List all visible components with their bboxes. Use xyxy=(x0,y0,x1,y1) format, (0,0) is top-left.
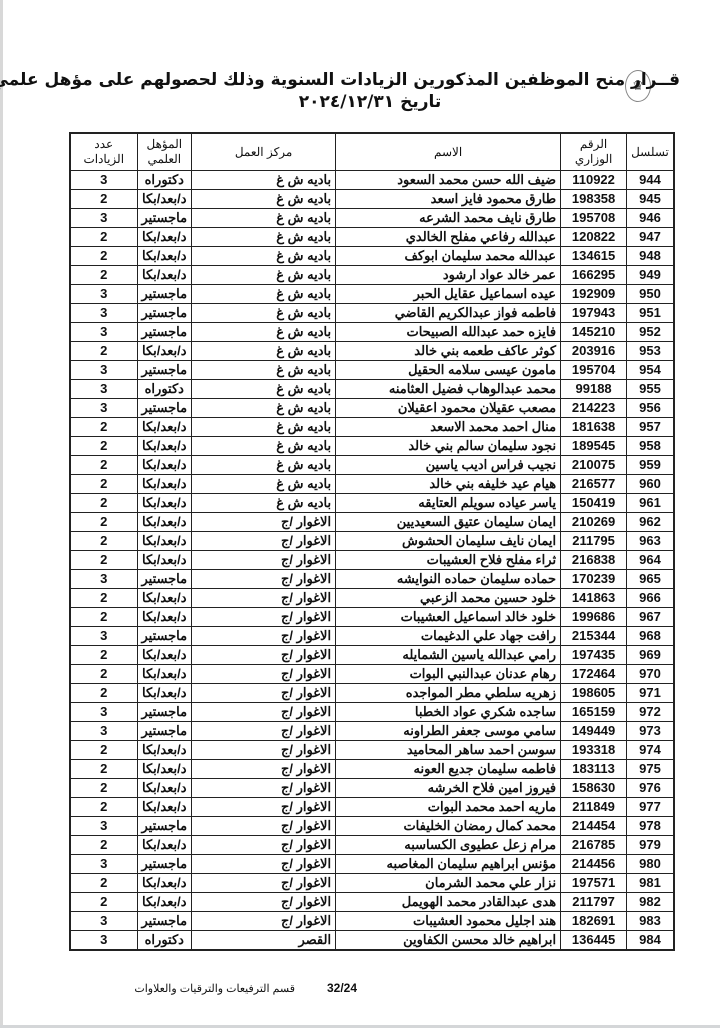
cell-qual: د/بعد/بكا xyxy=(137,418,192,437)
cell-seq: 960 xyxy=(627,475,674,494)
cell-seq: 967 xyxy=(627,608,674,627)
cell-center: الاغوار /ج xyxy=(192,779,336,798)
cell-count: 2 xyxy=(70,741,137,760)
table-row: 977211849ماريه احمد محمد البواتالاغوار /… xyxy=(70,798,674,817)
table-row: 950192909عيده اسماعيل عقايل الحبرباديه ش… xyxy=(70,285,674,304)
table-row: 972165159ساجده شكري عواد الخطباالاغوار /… xyxy=(70,703,674,722)
cell-seq: 961 xyxy=(627,494,674,513)
cell-seq: 981 xyxy=(627,874,674,893)
cell-center: الاغوار /ج xyxy=(192,798,336,817)
cell-center: الاغوار /ج xyxy=(192,741,336,760)
cell-seq: 969 xyxy=(627,646,674,665)
cell-name: ضيف الله حسن محمد السعود xyxy=(336,171,561,190)
cell-name: ابراهيم خالد محسن الكفاوين xyxy=(336,931,561,951)
cell-id: 197571 xyxy=(561,874,627,893)
table-row: 983182691هند اجليل محمود العشيباتالاغوار… xyxy=(70,912,674,931)
cell-qual: د/بعد/بكا xyxy=(137,551,192,570)
cell-qual: د/بعد/بكا xyxy=(137,798,192,817)
cell-id: 134615 xyxy=(561,247,627,266)
cell-id: 193318 xyxy=(561,741,627,760)
cell-center: الاغوار /ج xyxy=(192,551,336,570)
table-row: 962210269ايمان سليمان عتيق السعيديينالاغ… xyxy=(70,513,674,532)
cell-name: ساجده شكري عواد الخطبا xyxy=(336,703,561,722)
cell-count: 2 xyxy=(70,893,137,912)
cell-qual: ماجستير xyxy=(137,703,192,722)
table-row: 960216577هيام عيد خليفه بني خالدباديه ش … xyxy=(70,475,674,494)
cell-qual: ماجستير xyxy=(137,285,192,304)
table-row: 973149449سامي موسى جعفر الطراونهالاغوار … xyxy=(70,722,674,741)
cell-seq: 983 xyxy=(627,912,674,931)
cell-center: باديه ش غ xyxy=(192,190,336,209)
table-row: 961150419ياسر عياده سويلم العتايقهباديه … xyxy=(70,494,674,513)
cell-id: 99188 xyxy=(561,380,627,399)
cell-name: فاطمه فواز عبدالكريم القاضي xyxy=(336,304,561,323)
cell-qual: د/بعد/بكا xyxy=(137,589,192,608)
cell-id: 182691 xyxy=(561,912,627,931)
table-row: 95599188محمد عبدالوهاب فضيل العثامنهبادي… xyxy=(70,380,674,399)
cell-name: نجود سليمان سالم بني خالد xyxy=(336,437,561,456)
cell-seq: 948 xyxy=(627,247,674,266)
cell-center: باديه ش غ xyxy=(192,304,336,323)
cell-name: فايزه حمد عبدالله الصبيحات xyxy=(336,323,561,342)
cell-count: 2 xyxy=(70,608,137,627)
cell-id: 214454 xyxy=(561,817,627,836)
cell-name: رامي عبدالله ياسين الشمايله xyxy=(336,646,561,665)
cell-count: 3 xyxy=(70,627,137,646)
cell-id: 158630 xyxy=(561,779,627,798)
table-row: 976158630فيروز امين فلاح الخرشهالاغوار /… xyxy=(70,779,674,798)
cell-qual: ماجستير xyxy=(137,323,192,342)
cell-name: رافت جهاد علي الدغيمات xyxy=(336,627,561,646)
cell-id: 136445 xyxy=(561,931,627,951)
cell-qual: دكتوراه xyxy=(137,380,192,399)
cell-qual: ماجستير xyxy=(137,209,192,228)
cell-qual: ماجستير xyxy=(137,361,192,380)
cell-count: 2 xyxy=(70,532,137,551)
cell-qual: ماجستير xyxy=(137,304,192,323)
cell-name: هدى عبدالقادر محمد الهويمل xyxy=(336,893,561,912)
cell-qual: دكتوراه xyxy=(137,931,192,951)
table-row: 980214456مؤنس ابراهيم سليمان المغاصبهالا… xyxy=(70,855,674,874)
cell-center: باديه ش غ xyxy=(192,475,336,494)
decision-date: تاريخ ٢٠٢٤/١٢/٣١ xyxy=(60,92,680,112)
cell-name: نزار علي محمد الشرمان xyxy=(336,874,561,893)
cell-seq: 944 xyxy=(627,171,674,190)
cell-id: 198605 xyxy=(561,684,627,703)
cell-name: مرام زعل عطيوى الكساسبه xyxy=(336,836,561,855)
cell-name: هيام عيد خليفه بني خالد xyxy=(336,475,561,494)
cell-center: الاغوار /ج xyxy=(192,646,336,665)
cell-seq: 947 xyxy=(627,228,674,247)
cell-count: 3 xyxy=(70,703,137,722)
cell-id: 216838 xyxy=(561,551,627,570)
cell-seq: 965 xyxy=(627,570,674,589)
cell-seq: 972 xyxy=(627,703,674,722)
cell-count: 2 xyxy=(70,589,137,608)
cell-name: كوثر عاكف طعمه بني خالد xyxy=(336,342,561,361)
cell-qual: د/بعد/بكا xyxy=(137,741,192,760)
cell-seq: 958 xyxy=(627,437,674,456)
cell-center: باديه ش غ xyxy=(192,266,336,285)
cell-seq: 977 xyxy=(627,798,674,817)
table-row: 971198605زهريه سلطي مطر المواجدهالاغوار … xyxy=(70,684,674,703)
cell-id: 189545 xyxy=(561,437,627,456)
cell-name: خلود خالد اسماعيل العشيبات xyxy=(336,608,561,627)
cell-name: فاطمه سليمان جديع العونه xyxy=(336,760,561,779)
cell-id: 214456 xyxy=(561,855,627,874)
cell-center: باديه ش غ xyxy=(192,380,336,399)
cell-name: زهريه سلطي مطر المواجده xyxy=(336,684,561,703)
table-row: 945198358طارق محمود فايز اسعدباديه ش غد/… xyxy=(70,190,674,209)
cell-id: 197435 xyxy=(561,646,627,665)
cell-count: 2 xyxy=(70,551,137,570)
cell-qual: د/بعد/بكا xyxy=(137,437,192,456)
cell-id: 215344 xyxy=(561,627,627,646)
cell-seq: 980 xyxy=(627,855,674,874)
table-row: 952145210فايزه حمد عبدالله الصبيحاتباديه… xyxy=(70,323,674,342)
cell-center: باديه ش غ xyxy=(192,342,336,361)
cell-center: باديه ش غ xyxy=(192,399,336,418)
cell-id: 214223 xyxy=(561,399,627,418)
cell-count: 3 xyxy=(70,171,137,190)
cell-seq: 959 xyxy=(627,456,674,475)
cell-qual: د/بعد/بكا xyxy=(137,475,192,494)
cell-qual: ماجستير xyxy=(137,570,192,589)
cell-id: 183113 xyxy=(561,760,627,779)
cell-center: الاغوار /ج xyxy=(192,836,336,855)
cell-name: عبدالله رفاعي مفلح الخالدي xyxy=(336,228,561,247)
cell-center: الاغوار /ج xyxy=(192,722,336,741)
cell-name: فيروز امين فلاح الخرشه xyxy=(336,779,561,798)
cell-seq: 978 xyxy=(627,817,674,836)
table-row: 968215344رافت جهاد علي الدغيماتالاغوار /… xyxy=(70,627,674,646)
cell-qual: د/بعد/بكا xyxy=(137,836,192,855)
column-header-seq: تسلسل xyxy=(627,133,674,171)
cell-count: 2 xyxy=(70,684,137,703)
cell-count: 2 xyxy=(70,266,137,285)
table-row: 982211797هدى عبدالقادر محمد الهويملالاغو… xyxy=(70,893,674,912)
table-row: 944110922ضيف الله حسن محمد السعودباديه ش… xyxy=(70,171,674,190)
cell-qual: د/بعد/بكا xyxy=(137,779,192,798)
table-row: 966141863خلود حسين محمد الزعبيالاغوار /ج… xyxy=(70,589,674,608)
cell-center: الاغوار /ج xyxy=(192,627,336,646)
cell-center: باديه ش غ xyxy=(192,418,336,437)
cell-qual: ماجستير xyxy=(137,722,192,741)
cell-qual: ماجستير xyxy=(137,855,192,874)
cell-id: 141863 xyxy=(561,589,627,608)
cell-name: ثراء مفلح فلاح العشيبات xyxy=(336,551,561,570)
cell-id: 198358 xyxy=(561,190,627,209)
footer-department: قسم الترفيعات والترقيات والعلاوات xyxy=(95,982,295,995)
cell-center: الاغوار /ج xyxy=(192,589,336,608)
cell-center: باديه ش غ xyxy=(192,494,336,513)
cell-center: الاغوار /ج xyxy=(192,703,336,722)
column-header-id: الرقم الوزاري xyxy=(561,133,627,171)
table-row: 967199686خلود خالد اسماعيل العشيباتالاغو… xyxy=(70,608,674,627)
cell-seq: 975 xyxy=(627,760,674,779)
cell-qual: د/بعد/بكا xyxy=(137,266,192,285)
cell-qual: د/بعد/بكا xyxy=(137,665,192,684)
table-row: 951197943فاطمه فواز عبدالكريم القاضيبادي… xyxy=(70,304,674,323)
cell-name: ايمان سليمان عتيق السعيديين xyxy=(336,513,561,532)
cell-qual: د/بعد/بكا xyxy=(137,874,192,893)
cell-count: 2 xyxy=(70,874,137,893)
cell-center: باديه ش غ xyxy=(192,323,336,342)
column-header-count: عدد الزيادات xyxy=(70,133,137,171)
table-body: 944110922ضيف الله حسن محمد السعودباديه ش… xyxy=(70,171,674,951)
cell-qual: د/بعد/بكا xyxy=(137,684,192,703)
cell-center: باديه ش غ xyxy=(192,437,336,456)
cell-name: مؤنس ابراهيم سليمان المغاصبه xyxy=(336,855,561,874)
cell-center: القصر xyxy=(192,931,336,951)
cell-id: 211797 xyxy=(561,893,627,912)
cell-name: رهام عدنان عبدالنبي البوات xyxy=(336,665,561,684)
cell-qual: د/بعد/بكا xyxy=(137,608,192,627)
cell-qual: د/بعد/بكا xyxy=(137,513,192,532)
cell-seq: 955 xyxy=(627,380,674,399)
table-row: 954195704مامون عيسى سلامه الحقيلباديه ش … xyxy=(70,361,674,380)
cell-count: 3 xyxy=(70,912,137,931)
table-row: 969197435رامي عبدالله ياسين الشمايلهالاغ… xyxy=(70,646,674,665)
cell-seq: 970 xyxy=(627,665,674,684)
cell-count: 3 xyxy=(70,931,137,951)
cell-center: باديه ش غ xyxy=(192,361,336,380)
cell-name: هند اجليل محمود العشيبات xyxy=(336,912,561,931)
table-row: 981197571نزار علي محمد الشرمانالاغوار /ج… xyxy=(70,874,674,893)
cell-id: 203916 xyxy=(561,342,627,361)
cell-id: 172464 xyxy=(561,665,627,684)
cell-count: 3 xyxy=(70,209,137,228)
cell-count: 2 xyxy=(70,342,137,361)
cell-id: 210075 xyxy=(561,456,627,475)
cell-qual: د/بعد/بكا xyxy=(137,646,192,665)
cell-count: 3 xyxy=(70,285,137,304)
cell-seq: 976 xyxy=(627,779,674,798)
cell-id: 110922 xyxy=(561,171,627,190)
cell-center: باديه ش غ xyxy=(192,228,336,247)
table-row: 963211795ايمان نايف سليمان الحشوشالاغوار… xyxy=(70,532,674,551)
cell-count: 2 xyxy=(70,437,137,456)
cell-count: 2 xyxy=(70,228,137,247)
cell-seq: 957 xyxy=(627,418,674,437)
cell-count: 2 xyxy=(70,836,137,855)
cell-center: الاغوار /ج xyxy=(192,760,336,779)
cell-id: 145210 xyxy=(561,323,627,342)
cell-center: الاغوار /ج xyxy=(192,684,336,703)
cell-id: 211849 xyxy=(561,798,627,817)
cell-name: مصعب عقيلان محمود اعقيلان xyxy=(336,399,561,418)
cell-seq: 952 xyxy=(627,323,674,342)
cell-name: مامون عيسى سلامه الحقيل xyxy=(336,361,561,380)
cell-qual: د/بعد/بكا xyxy=(137,893,192,912)
cell-seq: 982 xyxy=(627,893,674,912)
cell-id: 211795 xyxy=(561,532,627,551)
cell-name: سوسن احمد ساهر المحاميد xyxy=(336,741,561,760)
cell-id: 210269 xyxy=(561,513,627,532)
table-row: 958189545نجود سليمان سالم بني خالدباديه … xyxy=(70,437,674,456)
cell-seq: 968 xyxy=(627,627,674,646)
cell-name: ايمان نايف سليمان الحشوش xyxy=(336,532,561,551)
cell-seq: 979 xyxy=(627,836,674,855)
table-row: 959210075نجيب فراس اديب ياسينباديه ش غد/… xyxy=(70,456,674,475)
cell-id: 216785 xyxy=(561,836,627,855)
cell-name: خلود حسين محمد الزعبي xyxy=(336,589,561,608)
cell-id: 165159 xyxy=(561,703,627,722)
column-header-name: الاسم xyxy=(336,133,561,171)
cell-name: حماده سليمان حماده النوايشه xyxy=(336,570,561,589)
cell-count: 2 xyxy=(70,494,137,513)
cell-qual: ماجستير xyxy=(137,627,192,646)
cell-count: 3 xyxy=(70,855,137,874)
cell-center: الاغوار /ج xyxy=(192,855,336,874)
cell-seq: 951 xyxy=(627,304,674,323)
cell-name: عمر خالد عواد ارشود xyxy=(336,266,561,285)
cell-qual: د/بعد/بكا xyxy=(137,494,192,513)
cell-id: 216577 xyxy=(561,475,627,494)
cell-count: 3 xyxy=(70,570,137,589)
cell-count: 2 xyxy=(70,646,137,665)
cell-name: ياسر عياده سويلم العتايقه xyxy=(336,494,561,513)
cell-seq: 949 xyxy=(627,266,674,285)
cell-id: 195708 xyxy=(561,209,627,228)
cell-name: طارق نايف محمد الشرعه xyxy=(336,209,561,228)
cell-seq: 966 xyxy=(627,589,674,608)
cell-qual: ماجستير xyxy=(137,817,192,836)
cell-seq: 973 xyxy=(627,722,674,741)
table-row: 979216785مرام زعل عطيوى الكساسبهالاغوار … xyxy=(70,836,674,855)
cell-count: 3 xyxy=(70,380,137,399)
table-row: 957181638منال احمد محمد الاسعدباديه ش غد… xyxy=(70,418,674,437)
cell-center: الاغوار /ج xyxy=(192,912,336,931)
cell-name: نجيب فراس اديب ياسين xyxy=(336,456,561,475)
cell-qual: د/بعد/بكا xyxy=(137,190,192,209)
table-row: 984136445ابراهيم خالد محسن الكفاوينالقصر… xyxy=(70,931,674,951)
cell-count: 3 xyxy=(70,361,137,380)
cell-count: 2 xyxy=(70,798,137,817)
cell-center: الاغوار /ج xyxy=(192,665,336,684)
cell-id: 197943 xyxy=(561,304,627,323)
cell-name: طارق محمود فايز اسعد xyxy=(336,190,561,209)
decision-title: قــرار منح الموظفين المذكورين الزيادات ا… xyxy=(60,70,680,90)
cell-count: 2 xyxy=(70,760,137,779)
cell-qual: ماجستير xyxy=(137,399,192,418)
cell-name: منال احمد محمد الاسعد xyxy=(336,418,561,437)
cell-seq: 974 xyxy=(627,741,674,760)
page-number: 32/24 xyxy=(327,981,357,995)
cell-qual: د/بعد/بكا xyxy=(137,532,192,551)
cell-center: الاغوار /ج xyxy=(192,817,336,836)
cell-name: محمد عبدالوهاب فضيل العثامنه xyxy=(336,380,561,399)
cell-id: 120822 xyxy=(561,228,627,247)
cell-center: الاغوار /ج xyxy=(192,608,336,627)
cell-qual: دكتوراه xyxy=(137,171,192,190)
cell-center: باديه ش غ xyxy=(192,209,336,228)
cell-qual: د/بعد/بكا xyxy=(137,342,192,361)
cell-count: 3 xyxy=(70,722,137,741)
table-row: 947120822عبدالله رفاعي مفلح الخالديباديه… xyxy=(70,228,674,247)
cell-seq: 946 xyxy=(627,209,674,228)
document-header: قــرار منح الموظفين المذكورين الزيادات ا… xyxy=(60,70,680,112)
table-header-row: تسلسل الرقم الوزاري الاسم مركز العمل الم… xyxy=(70,133,674,171)
cell-count: 3 xyxy=(70,817,137,836)
cell-name: محمد كمال رمضان الخليفات xyxy=(336,817,561,836)
table-row: 948134615عبدالله محمد سليمان ابوكفباديه … xyxy=(70,247,674,266)
table-row: 965170239حماده سليمان حماده النوايشهالاغ… xyxy=(70,570,674,589)
cell-center: الاغوار /ج xyxy=(192,513,336,532)
table-row: 956214223مصعب عقيلان محمود اعقيلانباديه … xyxy=(70,399,674,418)
cell-qual: د/بعد/بكا xyxy=(137,228,192,247)
cell-id: 149449 xyxy=(561,722,627,741)
cell-id: 166295 xyxy=(561,266,627,285)
cell-seq: 956 xyxy=(627,399,674,418)
cell-qual: د/بعد/بكا xyxy=(137,247,192,266)
table-row: 970172464رهام عدنان عبدالنبي البواتالاغو… xyxy=(70,665,674,684)
table-row: 946195708طارق نايف محمد الشرعهباديه ش غم… xyxy=(70,209,674,228)
cell-center: الاغوار /ج xyxy=(192,893,336,912)
cell-qual: د/بعد/بكا xyxy=(137,760,192,779)
cell-seq: 963 xyxy=(627,532,674,551)
cell-count: 2 xyxy=(70,779,137,798)
cell-id: 195704 xyxy=(561,361,627,380)
page-edge xyxy=(0,0,3,1028)
cell-count: 2 xyxy=(70,456,137,475)
cell-count: 2 xyxy=(70,665,137,684)
cell-center: باديه ش غ xyxy=(192,171,336,190)
cell-seq: 964 xyxy=(627,551,674,570)
cell-name: عبدالله محمد سليمان ابوكف xyxy=(336,247,561,266)
table-row: 953203916كوثر عاكف طعمه بني خالدباديه ش … xyxy=(70,342,674,361)
cell-count: 2 xyxy=(70,418,137,437)
table-row: 975183113فاطمه سليمان جديع العونهالاغوار… xyxy=(70,760,674,779)
cell-count: 3 xyxy=(70,304,137,323)
cell-count: 3 xyxy=(70,323,137,342)
column-header-qual: المؤهل العلمي xyxy=(137,133,192,171)
cell-count: 3 xyxy=(70,399,137,418)
cell-seq: 984 xyxy=(627,931,674,951)
cell-center: باديه ش غ xyxy=(192,285,336,304)
cell-count: 2 xyxy=(70,513,137,532)
cell-name: سامي موسى جعفر الطراونه xyxy=(336,722,561,741)
cell-seq: 954 xyxy=(627,361,674,380)
cell-id: 199686 xyxy=(561,608,627,627)
cell-seq: 962 xyxy=(627,513,674,532)
cell-count: 2 xyxy=(70,247,137,266)
cell-seq: 971 xyxy=(627,684,674,703)
cell-seq: 945 xyxy=(627,190,674,209)
table-row: 949166295عمر خالد عواد ارشودباديه ش غد/ب… xyxy=(70,266,674,285)
cell-id: 170239 xyxy=(561,570,627,589)
cell-center: الاغوار /ج xyxy=(192,874,336,893)
cell-qual: د/بعد/بكا xyxy=(137,456,192,475)
table-row: 964216838ثراء مفلح فلاح العشيباتالاغوار … xyxy=(70,551,674,570)
table-row: 974193318سوسن احمد ساهر المحاميدالاغوار … xyxy=(70,741,674,760)
cell-center: باديه ش غ xyxy=(192,456,336,475)
cell-center: باديه ش غ xyxy=(192,247,336,266)
cell-id: 150419 xyxy=(561,494,627,513)
cell-id: 192909 xyxy=(561,285,627,304)
cell-id: 181638 xyxy=(561,418,627,437)
cell-qual: ماجستير xyxy=(137,912,192,931)
column-header-center: مركز العمل xyxy=(192,133,336,171)
employees-table: تسلسل الرقم الوزاري الاسم مركز العمل الم… xyxy=(69,132,675,951)
cell-seq: 953 xyxy=(627,342,674,361)
cell-name: عيده اسماعيل عقايل الحبر xyxy=(336,285,561,304)
cell-seq: 950 xyxy=(627,285,674,304)
cell-name: ماريه احمد محمد البوات xyxy=(336,798,561,817)
cell-count: 2 xyxy=(70,190,137,209)
cell-center: الاغوار /ج xyxy=(192,532,336,551)
table-row: 978214454محمد كمال رمضان الخليفاتالاغوار… xyxy=(70,817,674,836)
